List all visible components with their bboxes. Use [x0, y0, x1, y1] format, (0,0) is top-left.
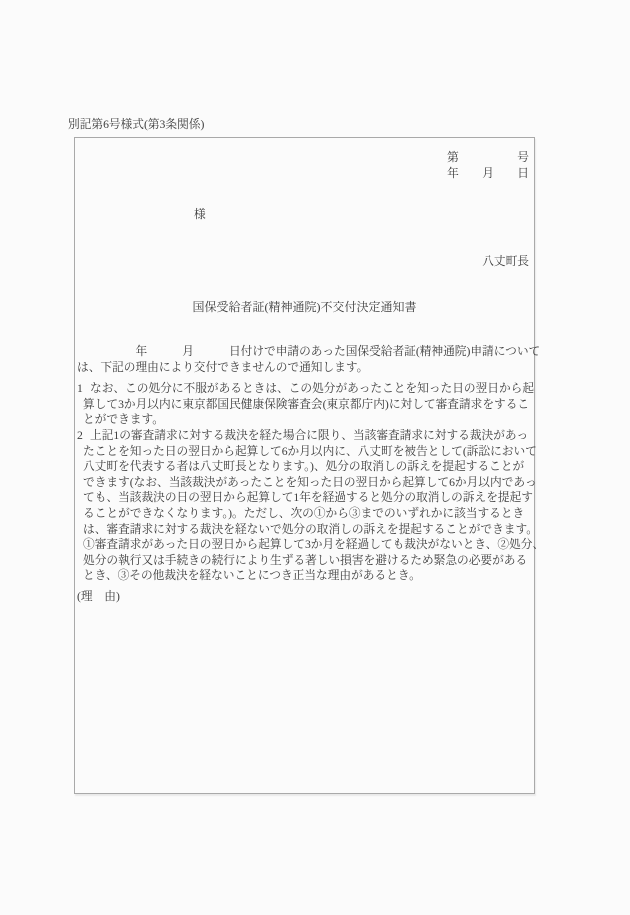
item-number: 2 — [77, 428, 90, 444]
document-number-line: 第 号 — [447, 150, 529, 166]
addressee-honorific: 様 — [194, 207, 206, 223]
text-line: できます(なお、当該裁決があったことを知った日の翌日から起算して6か月以内であっ — [77, 475, 534, 491]
document-body: 年 月 日付けで申請のあった国保受給者証(精神通院)申請については、下記の理由に… — [77, 344, 534, 605]
document-title: 国保受給者証(精神通院)不交付決定通知書 — [75, 300, 534, 316]
text-line: とき、③その他裁決を経ないことにつき正当な理由があるとき。 — [77, 568, 534, 584]
item-number: 1 — [77, 381, 90, 397]
document-date-line: 年 月 日 — [447, 166, 529, 182]
text-line: ることができなくなります。)。ただし、次の①から③までのいずれかに該当するとき — [77, 506, 534, 522]
text-line: 2上記1の審査請求に対する裁決を経た場合に限り、当該審査請求に対する裁決があっ — [77, 428, 534, 444]
item-first-line-text: 上記1の審査請求に対する裁決を経た場合に限り、当該審査請求に対する裁決があっ — [90, 429, 528, 442]
text-line: 処分の執行又は手続きの続行により生ずる著しい損害を避けるため緊急の必要がある — [77, 553, 534, 569]
item-first-line-text: なお、この処分に不服があるときは、この処分があったことを知った日の翌日から起 — [90, 382, 534, 395]
text-line: 1なお、この処分に不服があるときは、この処分があったことを知った日の翌日から起 — [77, 381, 534, 397]
reason-label: (理 由) — [77, 589, 534, 605]
notice-document-frame: 第 号 年 月 日 様 八丈町長 国保受給者証(精神通院)不交付決定通知書 年 … — [74, 137, 535, 794]
text-line: 年 月 日付けで申請のあった国保受給者証(精神通院)申請について — [77, 344, 534, 360]
appeal-instructions-list: 1なお、この処分に不服があるときは、この処分があったことを知った日の翌日から起算… — [77, 381, 534, 584]
numbered-item: 2上記1の審査請求に対する裁決を経た場合に限り、当該審査請求に対する裁決があった… — [77, 428, 534, 584]
text-line: ても、当該裁決の日の翌日から起算して1年を経過すると処分の取消しの訴えを提起す — [77, 490, 534, 506]
text-line: 算して3か月以内に東京都国民健康保険審査会(東京都庁内)に対して審査請求をするこ — [77, 397, 534, 413]
text-line: は、下記の理由により交付できませんので通知します。 — [77, 360, 534, 376]
numbered-item: 1なお、この処分に不服があるときは、この処分があったことを知った日の翌日から起算… — [77, 381, 534, 428]
text-line: たことを知った日の翌日から起算して6か月以内に、八丈町を被告として(訴訟において — [77, 444, 534, 460]
sender-signature: 八丈町長 — [482, 254, 529, 270]
form-style-label: 別記第6号様式(第3条関係) — [68, 117, 204, 133]
text-line: 八丈町を代表する者は八丈町長となります。)、処分の取消しの訴えを提起することが — [77, 459, 534, 475]
document-page: 別記第6号様式(第3条関係) 第 号 年 月 日 様 八丈町長 国保受給者証(精… — [0, 0, 630, 915]
text-line: とができます。 — [77, 412, 534, 428]
text-line: は、審査請求に対する裁決を経ないで処分の取消しの訴えを提起することができます。 — [77, 522, 534, 538]
notice-intro-paragraph: 年 月 日付けで申請のあった国保受給者証(精神通院)申請については、下記の理由に… — [77, 344, 534, 375]
text-line: ①審査請求があった日の翌日から起算して3か月を経過しても裁決がないとき、②処分、 — [77, 537, 534, 553]
